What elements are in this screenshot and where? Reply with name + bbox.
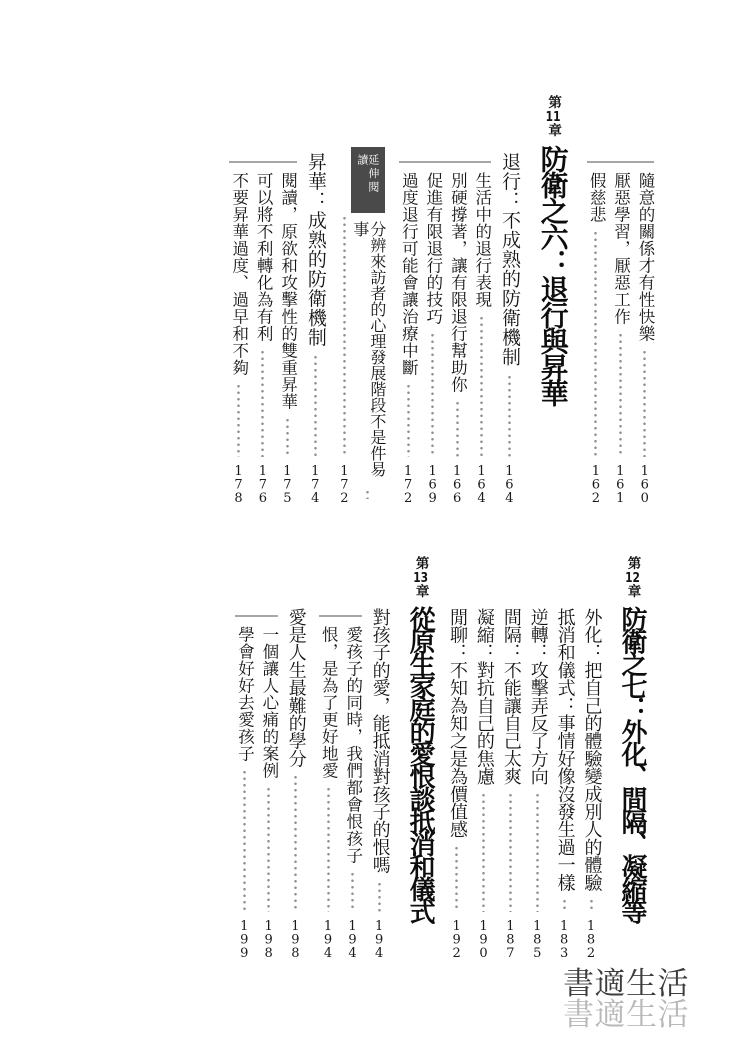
dotted-leader	[294, 774, 297, 911]
toc-entry: 可以將不利轉化為有利 176	[254, 172, 272, 504]
toc-entry: 愛是人生最難的學分 198	[286, 556, 305, 959]
toc-lower-block: 第12章 防衛之七：外化、間隔、凝縮等 外化：把自己的體驗變成別人的體驗 182…	[221, 556, 651, 959]
dotted-leader	[590, 898, 593, 911]
chapter-number: 第11章	[545, 95, 561, 138]
page-number: 178	[232, 462, 245, 505]
watermark: 書適生活 書適生活	[563, 968, 689, 1032]
entry-title: 隨意的關係才有性快樂	[636, 172, 654, 342]
chapter-number-suffix: 章	[545, 123, 561, 138]
page-number: 172	[338, 462, 351, 505]
toc-entry: 昇華：成熟的防衛機制 174	[305, 95, 326, 504]
chapter-number: 第12章	[624, 556, 640, 599]
page-number: 176	[256, 462, 269, 505]
page-number: 182	[585, 917, 598, 960]
entry-title: 假慈悲	[587, 172, 605, 223]
entry-title: 促進有限退行的技巧	[423, 172, 441, 325]
entry-title: 對孩子的愛，能抵消對孩子的恨嗎	[370, 608, 389, 874]
toc-entry: 恨，是為了更好地愛 194	[319, 626, 337, 959]
entry-title: 愛孩子的同時，我們都會恨孩子	[343, 626, 361, 864]
dotted-leader	[455, 845, 458, 911]
toc-page: 隨意的關係才有性快樂 160 厭惡學習，厭惡工作 161 假慈悲 162 第11…	[0, 0, 750, 1064]
toc-entry: 不要昇華過度、過早和不夠 178	[229, 172, 247, 504]
page-number: 183	[558, 917, 571, 960]
dotted-leader	[508, 374, 511, 457]
entry-title: 外化：把自己的體驗變成別人的體驗	[582, 608, 601, 891]
page-number: 162	[589, 462, 602, 505]
chapter-number-suffix: 章	[625, 584, 641, 599]
chapter-number-digits: 13	[413, 571, 429, 585]
page-number: 161	[614, 462, 627, 505]
chapter-number-prefix: 第	[545, 95, 561, 110]
page-number: 174	[309, 462, 322, 505]
toc-entry: 閒聊：不知為知之是為價值感 192	[447, 556, 466, 959]
chapter-title: 從原生家庭的愛恨談抵消和儀式	[407, 606, 434, 921]
page-number: 169	[426, 462, 439, 505]
dotted-leader	[480, 315, 483, 457]
toc-entry: 對孩子的愛，能抵消對孩子的恨嗎 194	[370, 556, 389, 959]
toc-entry: 愛孩子的同時，我們都會恨孩子 194	[343, 626, 361, 959]
toc-entry: 過度退行可能會讓治療中斷 172	[399, 172, 417, 504]
chapter-number-prefix: 第	[625, 556, 641, 571]
entry-group-prev-chapter: 隨意的關係才有性快樂 160 厭惡學習，厭惡工作 161 假慈悲 162	[587, 161, 654, 504]
page-number: 172	[402, 462, 415, 505]
entry-title: 不要昇華過度、過早和不夠	[229, 172, 247, 376]
entry-group: 一個讓人心痛的案例 198 學會好好去愛孩子 199	[235, 615, 278, 959]
leader-continuation-column: 172	[338, 95, 351, 504]
dotted-leader	[482, 792, 485, 911]
chapter-heading-12: 第12章 防衛之七：外化、間隔、凝縮等	[618, 556, 645, 959]
entry-group: 生活中的退行表現 164 別硬撐著，讓有限退行幫助你 166 促進有限退行的技巧…	[399, 161, 491, 504]
toc-entry: 間隔：不能讓自己太爽 187	[501, 556, 520, 959]
entry-title: 別硬撐著，讓有限退行幫助你	[448, 172, 466, 393]
toc-entry: 學會好好去愛孩子 199	[235, 626, 253, 959]
toc-entry: 促進有限退行的技巧 169	[423, 172, 441, 504]
entry-title: 學會好好去愛孩子	[235, 626, 253, 762]
dotted-leader	[643, 349, 646, 457]
dotted-leader	[237, 383, 240, 457]
dotted-leader	[261, 349, 264, 457]
toc-entry: 逆轉：攻擊弄反了方向 185	[528, 556, 547, 959]
page-number: 160	[638, 462, 651, 505]
extended-reading-entry: 延伸閱讀 分辨來訪者的心理發展階段不是件易事	[351, 95, 385, 504]
toc-entry: 假慈悲 162	[587, 172, 605, 504]
page-number: 194	[322, 917, 335, 960]
dotted-leader	[343, 215, 346, 457]
extended-reading-badge: 延伸閱讀	[351, 147, 385, 213]
page-number: 198	[262, 917, 275, 960]
entry-title: 過度退行可能會讓治療中斷	[399, 172, 417, 376]
dotted-leader	[286, 417, 289, 457]
dotted-leader	[563, 898, 566, 911]
page-number: 190	[477, 917, 490, 960]
dotted-leader	[431, 332, 434, 457]
entry-title: 厭惡學習，厭惡工作	[611, 172, 629, 325]
page-number: 192	[450, 917, 463, 960]
page-number: 198	[289, 917, 302, 960]
entry-title: 閒聊：不知為知之是為價值感	[447, 608, 466, 838]
toc-entry: 別硬撐著，讓有限退行幫助你 166	[448, 172, 466, 504]
entry-title: 愛是人生最難的學分	[286, 608, 305, 767]
entry-title: 逆轉：攻擊弄反了方向	[528, 608, 547, 785]
toc-entry: 閱讀，原欲和攻擊性的雙重昇華 175	[278, 172, 296, 504]
dotted-leader	[456, 400, 459, 457]
dotted-leader	[314, 354, 317, 457]
watermark-line-2: 書適生活	[563, 999, 689, 1032]
toc-entry: 厭惡學習，厭惡工作 161	[611, 172, 629, 504]
dotted-leader	[536, 792, 539, 911]
chapter-number-digits: 12	[625, 571, 641, 585]
entry-group: 愛孩子的同時，我們都會恨孩子 194 恨，是為了更好地愛 194	[319, 615, 362, 959]
entry-title: 昇華：成熟的防衛機制	[305, 152, 326, 347]
toc-entry: 凝縮：對抗自己的焦慮 190	[474, 556, 493, 959]
chapter-heading-11: 第11章 防衛之六：退行與昇華	[538, 95, 567, 504]
dotted-leader	[619, 332, 622, 457]
toc-entry: 抵消和儀式：事情好像沒發生過一樣 183	[555, 556, 574, 959]
entry-title: 一個讓人心痛的案例	[259, 626, 277, 779]
toc-entry: 外化：把自己的體驗變成別人的體驗 182	[582, 556, 601, 959]
dotted-leader	[594, 230, 597, 457]
dotted-leader	[366, 489, 369, 499]
entry-title: 退行：不成熟的防衛機制	[499, 152, 520, 367]
page-number: 199	[238, 917, 251, 960]
dotted-leader	[267, 786, 270, 912]
entry-title: 生活中的退行表現	[472, 172, 490, 308]
page-number: 185	[531, 917, 544, 960]
toc-upper-block: 隨意的關係才有性快樂 160 厭惡學習，厭惡工作 161 假慈悲 162 第11…	[215, 95, 654, 504]
dotted-leader	[407, 383, 410, 457]
chapter-number: 第13章	[412, 556, 428, 599]
toc-entry: 退行：不成熟的防衛機制 164	[499, 95, 520, 504]
entry-title: 間隔：不能讓自己太爽	[501, 608, 520, 785]
page-number: 166	[451, 462, 464, 505]
dotted-leader	[378, 881, 381, 912]
toc-entry: 隨意的關係才有性快樂 160	[636, 172, 654, 504]
chapter-number-suffix: 章	[413, 584, 429, 599]
page-number: 194	[346, 917, 359, 960]
entry-group: 閱讀，原欲和攻擊性的雙重昇華 175 可以將不利轉化為有利 176 不要昇華過度…	[229, 161, 296, 504]
entry-title: 恨，是為了更好地愛	[319, 626, 337, 779]
chapter-title: 防衛之七：外化、間隔、凝縮等	[618, 606, 645, 921]
dotted-leader	[509, 792, 512, 911]
chapter-title: 防衛之六：退行與昇華	[538, 145, 567, 405]
dotted-leader	[243, 769, 246, 912]
toc-entry: 生活中的退行表現 164	[472, 172, 490, 504]
entry-title: 分辨來訪者的心理發展階段不是件易事	[351, 221, 385, 482]
dotted-leader	[351, 871, 354, 912]
page-number: 194	[373, 917, 386, 960]
page-number: 175	[281, 462, 294, 505]
entry-title: 凝縮：對抗自己的焦慮	[474, 608, 493, 785]
page-number: 164	[503, 462, 516, 505]
chapter-number-digits: 11	[545, 110, 561, 124]
page-number: 164	[475, 462, 488, 505]
toc-entry: 一個讓人心痛的案例 198	[259, 626, 277, 959]
entry-title: 閱讀，原欲和攻擊性的雙重昇華	[278, 172, 296, 410]
page-number: 187	[504, 917, 517, 960]
entry-title: 可以將不利轉化為有利	[254, 172, 272, 342]
chapter-heading-13: 第13章 從原生家庭的愛恨談抵消和儀式	[407, 556, 434, 959]
dotted-leader	[327, 786, 330, 912]
chapter-number-prefix: 第	[413, 556, 429, 571]
entry-title: 抵消和儀式：事情好像沒發生過一樣	[555, 608, 574, 891]
